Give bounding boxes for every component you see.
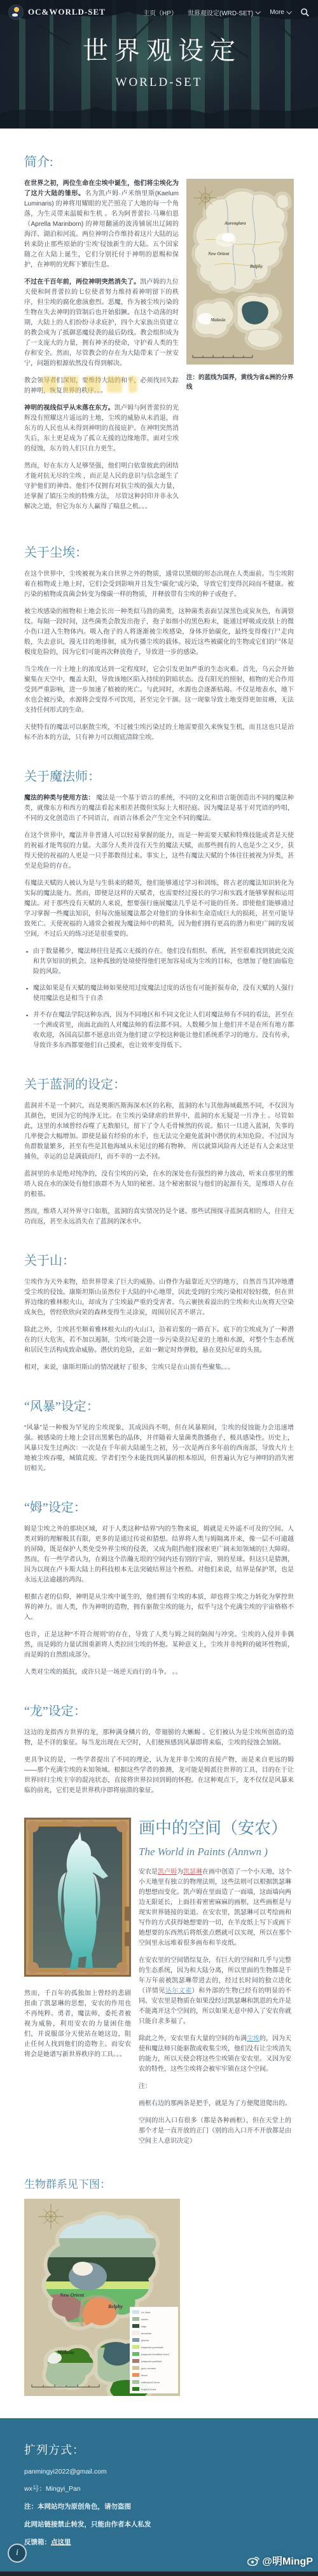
section-storm: “风暴”设定： “风暴”是一种极为罕见的尘埃现象，其成因尚不明，但在风暴期间，尘… [24, 1396, 294, 1474]
footer-email[interactable]: panmingyi2022@gmail.com [24, 2468, 294, 2475]
paragraph: 蓝洞并不是一个洞穴，而是奥斯匹斯海深水区的名称，蓝洞的水与其他海域截然不同，不仅… [24, 1101, 294, 1162]
paragraph: 不过在千百年前，两位神明突然消失了。凯卢姆的九位天使和阿普蕾拉的七位使者努力维持… [24, 277, 179, 369]
paragraph: 相对，来说，康斯坦斯山的情况就好了很多，尘埃只是在山顶有些聚集。。。 [24, 1363, 294, 1373]
section-bluehole: 关于蓝洞的设定： 蓝洞并不是一个洞穴，而是奥斯匹斯海深水区的名称，蓝洞的水与其他… [24, 1074, 294, 1227]
paragraph: 在这个世界中，魔法并非普通人可以轻易掌握的能力，而是一种需要天赋和特殊技能或者是… [24, 831, 294, 872]
footer-wechat: wx号：Mingyi_Pan [24, 2484, 294, 2493]
paragraph: 在安农里的空间错综复杂，有巨大的空间和几乎与完整的生态系统，因为和大陆分离，所以… [139, 1956, 291, 2027]
continent-map-image: Aurenglara New Orient Belphy Malasia [186, 179, 294, 365]
brand-title: OC&WORLD-SET [28, 7, 106, 17]
paragraph: 尘埃作为天外来物，给世界带来了巨大的威胁。山脊作为最靠近天空的地方，自然首当其冲… [24, 1278, 294, 1318]
svg-text:taiga: taiga [141, 2325, 146, 2328]
framed-painting-image [24, 1818, 131, 1977]
intro-map-column: Aurenglara New Orient Belphy Malasia [186, 179, 294, 398]
svg-text:temperate broadleaf forest: temperate broadleaf forest [141, 2353, 170, 2356]
paragraph: 除此之外，安农里有大量的空间的布满尘埃的，因为天使和魔法师只能驱散或收集尘埃，他… [139, 2034, 291, 2075]
biome-map-image: New Orient Belphy Malasia ice sheet tund… [24, 2199, 180, 2396]
paragraph: 在世界之初，两位生命在尘埃中诞生，他们将尘埃化为了这片大陆的雏形。名为凯卢姆·卢… [24, 179, 179, 270]
svg-text:Aurenglara: Aurenglara [224, 221, 246, 226]
list-item: 由于数量稀少，魔法师往往是孤立无援的存在。他们没有组织、系统，甚至很难找到彼此交… [33, 947, 294, 977]
section-dust: 关于尘埃： 在这个世界中，尘埃被视为来自世界之外的物质，通常以黑烟的形态出现在人… [24, 542, 294, 743]
footer-heading: 扩列方式： [24, 2441, 294, 2458]
paragraph: 魔法的种类与使用方法： 魔法是一个基于语言的系统，不同的文化和语言能创造出不同的… [24, 793, 294, 824]
section-dragon: “龙”设定： 这边的龙指西方世界的龙，那种满身鳞片的，带翅膀的大蜥蜴 。它们被认… [24, 1701, 294, 1796]
paragraph-with-watermark: 教会领导者们深知，要维持大陆的和平，必须找回失踪的神明，恢复世界的秩序。。。 [24, 376, 179, 396]
nav-item-worldset[interactable]: 世界观设定(WRD-SET) [188, 8, 259, 17]
paragraph: 然而，好在东方人足够坚强，他们明白依靠彼此的团结才能对抗无尽的尘埃 ，而正是人民… [24, 461, 179, 512]
svg-text:tropical forest: tropical forest [141, 2388, 156, 2391]
search-icon[interactable] [301, 8, 309, 17]
chevron-down-icon [256, 9, 261, 14]
svg-text:plateau: plateau [141, 2339, 149, 2342]
info-badge-icon[interactable]: i [8, 2544, 27, 2563]
section-heading: “风暴”设定： [24, 1396, 294, 1414]
page: OC&WORLD-SET 主页（HP） 世界观设定(WRD-SET) More … [0, 0, 318, 2576]
paragraph: 安农是凯卢姆为凯瑟琳在画中创造了一个小天地，这个小天地里有独立的物理法则，这些法… [139, 1867, 291, 1949]
annwn-title: 画中的空间（安农） [139, 1818, 291, 1839]
section-heading: 简介: [24, 151, 294, 170]
annwn-left-note: 然而，千百年的孤独加上曾经的悲剧扭曲了凯瑟琳的思想，安农的作用也不再纯粹。勇者，… [24, 1989, 131, 2060]
site-logo-icon [9, 5, 23, 19]
link-dust[interactable]: 尘埃 [247, 2035, 259, 2042]
link-kaelum[interactable]: 凯卢姆 [158, 1869, 177, 1876]
paragraph: 教会领导者们深知，要维持大陆的和平，必须找回失踪的神明，恢复世界的秩序。。。 [24, 376, 179, 396]
section-heading: “姆”设定： [24, 1497, 294, 1515]
footer-note-1: 注：本网站均为原创角色，请勿盗图 [24, 2502, 294, 2511]
intro-text-column: 在世界之初，两位生命在尘埃中诞生，他们将尘埃化为了这片大陆的雏形。名为凯卢姆·卢… [24, 179, 179, 519]
svg-text:Belphy: Belphy [107, 2304, 123, 2309]
section-heading: 关于尘埃： [24, 542, 294, 560]
weibo-icon [247, 2555, 260, 2566]
paragraph: 除此之外，尘埃甚至顺着雅林根火山的火山口，沿着岩浆的一路直下。底下的尘埃成为了一… [24, 1325, 294, 1356]
weibo-watermark: @明MingP [247, 2553, 313, 2568]
page-title: 世界观设定 [0, 31, 318, 67]
svg-text:temperate grasslands: temperate grasslands [141, 2346, 163, 2349]
note-label: 注： [139, 2082, 291, 2092]
paragraph: 更具争议的是，一些学者提出了不同的理论，认为龙并非尘埃的直接产物，而是来自更远的… [24, 1755, 294, 1796]
site-header: OC&WORLD-SET 主页（HP） 世界观设定(WRD-SET) More … [0, 0, 318, 129]
brand[interactable]: OC&WORLD-SET [9, 5, 106, 19]
list-item: 魔法如果是有天赋的魔法师如果使用过度魔法过度的话也有可能折损寿命，没有天赋的人强… [33, 984, 294, 1004]
section-intro: 简介: 在世界之初，两位生命在尘埃中诞生，他们将尘埃化为了这片大陆的雏形。名为凯… [24, 151, 294, 519]
site-footer: 扩列方式： panmingyi2022@gmail.com wx号：Mingyi… [0, 2418, 318, 2572]
link-katherine[interactable]: 凯瑟琳 [183, 1869, 202, 1876]
annwn-subtitle: The World in Paints (Annwn ) [139, 1846, 291, 1858]
footer-feedback: 反馈箱：点这里 [24, 2537, 294, 2547]
annwn-image-column: 然而，千百年的孤独加上曾经的悲剧扭曲了凯瑟琳的思想，安农的作用也不再纯粹。勇者，… [24, 1818, 131, 2066]
mage-notes-list: 由于数量稀少，魔法师往往是孤立无援的存在。他们没有组织、系统，甚至很难找到彼此交… [24, 947, 294, 1051]
list-item: 并不存在魔法学院这种东西，因为不同地区和不同文化让人们对魔法师有不同的看法，甚至… [33, 1010, 294, 1051]
paragraph: 然而，维塔人对外界守口如瓶，蓝洞的真实情况仍是个谜。那些试图探寻蓝洞真相的人，往… [24, 1207, 294, 1227]
biome-legend: ice sheet tundra taiga mountain plateau … [130, 2307, 178, 2393]
svg-text:ice sheet: ice sheet [141, 2311, 151, 2314]
feedback-link[interactable]: 点这里 [51, 2538, 71, 2546]
section-heading: “龙”设定： [24, 1701, 294, 1719]
paragraph: 在这个世界中，尘埃被视为来自世界之外的物质，通常以黑烟的形态出现在人类面前。当尘… [24, 569, 294, 600]
svg-text:subtropical forest: subtropical forest [141, 2381, 160, 2384]
map-caption: 注：的蓝线为国界，黄线为省&洲的分界线 [186, 373, 294, 392]
nav-items: 主页（HP） 世界观设定(WRD-SET) More [143, 8, 309, 17]
paragraph: 人类对尘埃的抵抗，或许只是一场逆天而行的斗争。 。。 [24, 1667, 294, 1678]
svg-text:temperate peatland: temperate peatland [141, 2360, 162, 2363]
section-heading: 关于魔法师： [24, 766, 294, 784]
navbar: OC&WORLD-SET 主页（HP） 世界观设定(WRD-SET) More [0, 0, 318, 24]
page-subtitle: WORLD-SET [0, 76, 318, 90]
main-content: 简介: 在世界之初，两位生命在尘埃中诞生，他们将尘埃化为了这片大陆的雏形。名为凯… [0, 151, 318, 2399]
svg-text:Malasia: Malasia [57, 2350, 74, 2355]
svg-text:mountain: mountain [141, 2332, 152, 2335]
bottom-strip [0, 2572, 318, 2576]
section-annwn: 然而，千百年的孤独加上曾经的悲剧扭曲了凯瑟琳的思想，安农的作用也不再纯粹。勇者，… [24, 1818, 294, 2154]
svg-text:New Orient: New Orient [207, 251, 230, 256]
paragraph: “风暴”是一种极为罕见的尘埃现象，其成因尚不明，但在风暴期间，尘埃的侵蚀能力会迅… [24, 1423, 294, 1474]
section-mages: 关于魔法师： 魔法的种类与使用方法： 魔法是一个基于语言的系统，不同的文化和语言… [24, 766, 294, 1051]
paragraph: 被尘埃感染的植物和土地会长出一种类似马勃的菌类，这种菌类表面呈深黑色或炭灰色，布… [24, 607, 294, 658]
annwn-text-column: 画中的空间（安农） The World in Paints (Annwn ) 安… [139, 1818, 291, 2154]
paragraph: 姆是尘埃之外的那块区域，对于人类这种“结界”内的生物来说，姆就是天外遥不可及的空… [24, 1524, 294, 1585]
paragraph: 蓝洞里的水是绝对纯净的，没有尘埃的污染，在水的深处也有强烈的神力波动，听来自那里… [24, 1169, 294, 1200]
svg-text:Belphy: Belphy [249, 264, 263, 269]
paragraph: 神明的视线似乎从未落在东方。凯卢姆与阿普蕾拉的光辉没有照耀这片遥远的土地，尘埃的… [24, 403, 179, 454]
nav-item-home[interactable]: 主页（HP） [143, 8, 177, 17]
svg-text:tundra: tundra [141, 2318, 148, 2321]
section-heading: 关于山： [24, 1250, 294, 1269]
paragraph: 也许，正是这种“不符合规则”的存在，导致了人类与姆之间的隔阂与冲突。尘埃的入侵并… [24, 1630, 294, 1660]
chevron-down-icon [286, 9, 291, 14]
section-heading: 生物群系见下图： [24, 2175, 294, 2191]
paragraph: 根据古老的信仰，神明是从尘埃中诞生的，他们拥有尘埃的本质，却也将尘埃之力转化为掌… [24, 1592, 294, 1623]
hero: 世界观设定 WORLD-SET [0, 31, 318, 90]
svg-text:desert: desert [141, 2374, 148, 2377]
link-darwin-finch[interactable]: 达尔文雀 [165, 1988, 192, 1995]
section-mu: “姆”设定： 姆是尘埃之外的那块区域，对于人类这种“结界”内的生物来说，姆就是天… [24, 1497, 294, 1678]
svg-text:New Orient: New Orient [59, 2292, 85, 2298]
nav-item-more[interactable]: More [270, 9, 291, 16]
paragraph: 空间的出入口有很多（都是各种画框），但在天堂上的那个才是一直开放的正门（别的出入… [139, 2116, 291, 2147]
paragraph: 当尘埃在一片土地上的浓度达到一定程度时，它会引发更加严重的生态灾难。首先，乌云会… [24, 665, 294, 716]
section-heading: 关于蓝洞的设定： [24, 1074, 294, 1092]
section-mountains: 关于山： 尘埃作为天外来物，给世界带来了巨大的威胁。山脊作为最靠近天空的地方，自… [24, 1250, 294, 1373]
section-biome: 生物群系见下图： [24, 2175, 294, 2399]
footer-note-2: 此网站链接禁止转发，只能由作者本人私发 [24, 2519, 294, 2529]
svg-text:grass savanna: grass savanna [141, 2367, 156, 2370]
weibo-handle: @明MingP [262, 2553, 313, 2568]
svg-text:Malasia: Malasia [210, 317, 226, 323]
paragraph: 这边的龙指西方世界的龙，那种满身鳞片的，带翅膀的大蜥蜴 。它们被认为是尘埃所创造… [24, 1728, 294, 1748]
paragraph: 画框右边的那两条是把手，就是为了方便爬进爬出的。 [139, 2099, 291, 2109]
paragraph: 有魔法天赋的人被认为是与生俱来的精英，他们能够通过学习和训练，将古老的魔法知识转… [24, 879, 294, 940]
paragraph: 天使特有的魔法可以驱散尘埃，不过被尘埃污染过的土地需要很久来恢复生机，而且这也只… [24, 723, 294, 743]
